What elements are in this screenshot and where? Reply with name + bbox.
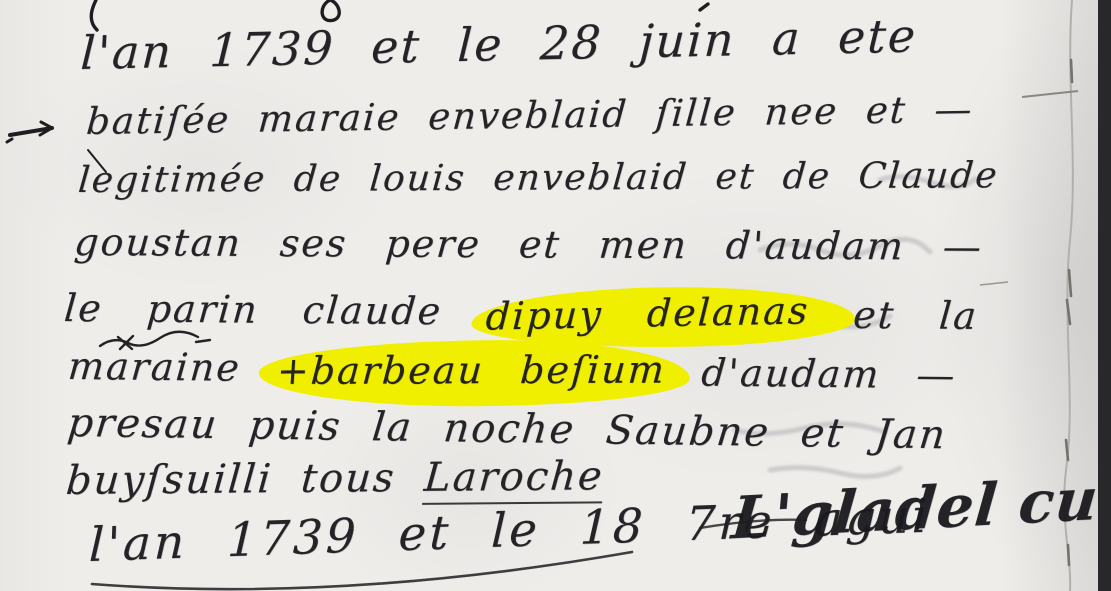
- scanned-register-page: l'an 1739 et le 28 juin a ete batiſée ma…: [0, 0, 1111, 591]
- godfather-line-prefix: le parin claude: [63, 286, 488, 334]
- manuscript-line-godfather: le parin claude dipuy delanas et la: [63, 286, 980, 338]
- scanner-edge-strip: [1098, 0, 1111, 591]
- manuscript-line-baptism: batiſée maraie enveblaid ſille nee et —: [85, 88, 975, 143]
- manuscript-line-date: l'an 1739 et le 28 juin a ete: [79, 8, 918, 80]
- manuscript-line-parents: legitimée de louis enveblaid et de Claud…: [77, 155, 1001, 201]
- highlighted-godmother-name: +barbeau beſium: [256, 340, 691, 407]
- underlined-surname: Laroche: [422, 453, 605, 505]
- godmother-line-prefix: maraine: [66, 344, 278, 390]
- manuscript-line-godmother: maraine +barbeau beſium d'audam —: [66, 344, 958, 397]
- manuscript-line-witnesses: presau puis la noche Saubne et Jan: [65, 400, 949, 458]
- manuscript-line-family: goustan ses pere et men d'audam —: [73, 220, 985, 269]
- manuscript-line-closing: buyſsuilli tous Laroche: [64, 453, 605, 504]
- closing-line-prefix: buyſsuilli tous: [64, 455, 426, 504]
- godmother-line-suffix: d'audam —: [664, 350, 959, 397]
